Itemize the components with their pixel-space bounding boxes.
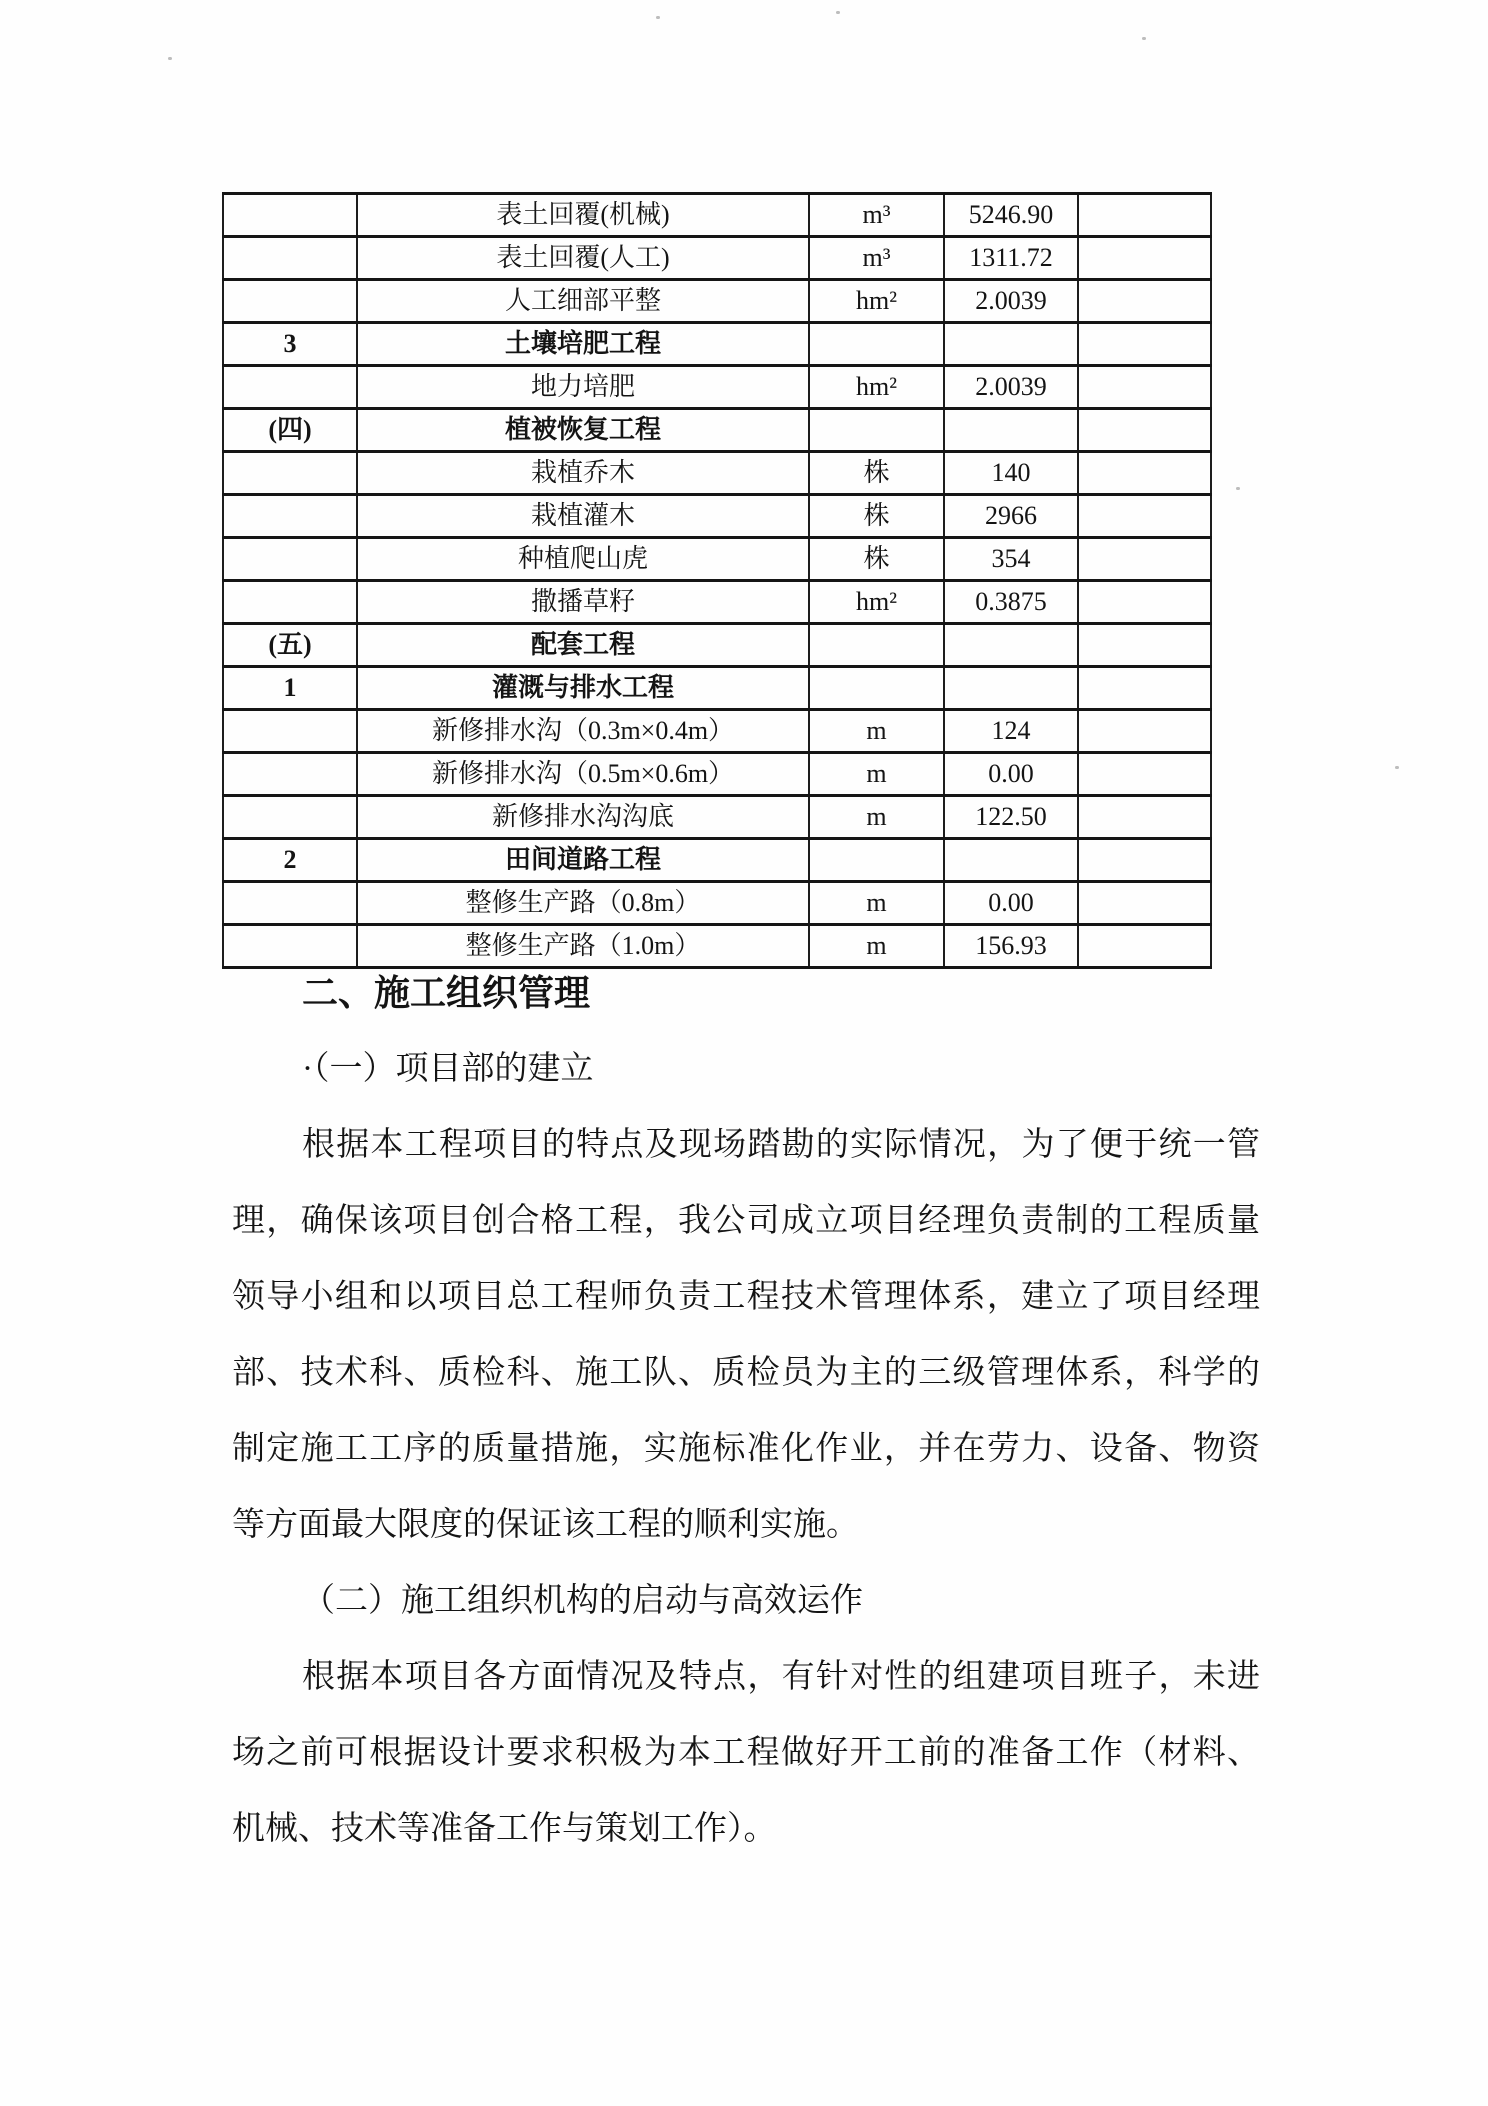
cell-note — [1078, 366, 1211, 409]
cell-item-name: 植被恢复工程 — [357, 409, 809, 452]
cell-note — [1078, 538, 1211, 581]
scan-speck — [656, 16, 660, 19]
cell-item-name: 地力培肥 — [357, 366, 809, 409]
cell-quantity — [944, 409, 1078, 452]
document-page: 表土回覆(机械)m³5246.90表土回覆(人工)m³1311.72人工细部平整… — [0, 0, 1488, 2106]
cell-index: 1 — [223, 667, 357, 710]
scan-speck — [836, 11, 840, 14]
cell-quantity: 2.0039 — [944, 280, 1078, 323]
cell-quantity: 122.50 — [944, 796, 1078, 839]
cell-quantity: 5246.90 — [944, 194, 1078, 237]
cell-index — [223, 538, 357, 581]
cell-unit: m³ — [809, 194, 944, 237]
cell-quantity: 1311.72 — [944, 237, 1078, 280]
cell-item-name: 新修排水沟沟底 — [357, 796, 809, 839]
cell-item-name: 新修排水沟（0.5m×0.6m） — [357, 753, 809, 796]
cell-note — [1078, 581, 1211, 624]
cell-index: 2 — [223, 839, 357, 882]
paragraph-line: 等方面最大限度的保证该工程的顺利实施。 — [232, 1487, 1260, 1564]
table-row: 整修生产路（0.8m）m0.00 — [223, 882, 1211, 925]
paragraph-line: 根据本工程项目的特点及现场踏勘的实际情况，为了便于统一管 — [232, 1107, 1260, 1184]
cell-index — [223, 237, 357, 280]
scan-speck — [1142, 37, 1146, 40]
table-row: 人工细部平整hm²2.0039 — [223, 280, 1211, 323]
cell-item-name: 栽植乔木 — [357, 452, 809, 495]
cell-unit: m³ — [809, 237, 944, 280]
cell-item-name: 灌溉与排水工程 — [357, 667, 809, 710]
table-row: 2田间道路工程 — [223, 839, 1211, 882]
table-row: 表土回覆(人工)m³1311.72 — [223, 237, 1211, 280]
scan-speck — [1236, 487, 1240, 490]
cell-note — [1078, 667, 1211, 710]
cell-quantity — [944, 323, 1078, 366]
cell-item-name: 配套工程 — [357, 624, 809, 667]
subsection-heading: ·（一）项目部的建立 — [232, 1031, 1260, 1108]
table-row: 栽植乔木株140 — [223, 452, 1211, 495]
cell-index: (五) — [223, 624, 357, 667]
cell-quantity: 140 — [944, 452, 1078, 495]
quantities-table: 表土回覆(机械)m³5246.90表土回覆(人工)m³1311.72人工细部平整… — [222, 192, 1212, 969]
cell-note — [1078, 452, 1211, 495]
cell-quantity — [944, 624, 1078, 667]
table-row: 种植爬山虎株354 — [223, 538, 1211, 581]
cell-unit: hm² — [809, 366, 944, 409]
paragraph-line: 场之前可根据设计要求积极为本工程做好开工前的准备工作（材料、 — [232, 1715, 1260, 1792]
cell-note — [1078, 882, 1211, 925]
paragraph-line: 机械、技术等准备工作与策划工作）。 — [232, 1791, 1260, 1868]
cell-unit: m — [809, 753, 944, 796]
paragraph-line: 领导小组和以项目总工程师负责工程技术管理体系，建立了项目经理 — [232, 1259, 1260, 1336]
table-row: 1灌溉与排水工程 — [223, 667, 1211, 710]
cell-unit: 株 — [809, 452, 944, 495]
cell-index — [223, 280, 357, 323]
cell-unit — [809, 839, 944, 882]
cell-quantity: 2.0039 — [944, 366, 1078, 409]
paragraph-line: 理，确保该项目创合格工程，我公司成立项目经理负责制的工程质量 — [232, 1183, 1260, 1260]
table-row: 新修排水沟沟底m122.50 — [223, 796, 1211, 839]
cell-unit — [809, 323, 944, 366]
table-row: 3土壤培肥工程 — [223, 323, 1211, 366]
scan-speck — [168, 57, 172, 60]
cell-unit — [809, 624, 944, 667]
cell-item-name: 表土回覆(人工) — [357, 237, 809, 280]
cell-note — [1078, 409, 1211, 452]
table-row: 地力培肥hm²2.0039 — [223, 366, 1211, 409]
cell-item-name: 撒播草籽 — [357, 581, 809, 624]
cell-quantity: 354 — [944, 538, 1078, 581]
cell-quantity — [944, 667, 1078, 710]
table-row: (四)植被恢复工程 — [223, 409, 1211, 452]
cell-index: 3 — [223, 323, 357, 366]
cell-item-name: 栽植灌木 — [357, 495, 809, 538]
cell-item-name: 田间道路工程 — [357, 839, 809, 882]
cell-index — [223, 796, 357, 839]
table-row: (五)配套工程 — [223, 624, 1211, 667]
paragraph-line: 制定施工工序的质量措施，实施标准化作业，并在劳力、设备、物资 — [232, 1411, 1260, 1488]
paragraph-line: 根据本项目各方面情况及特点，有针对性的组建项目班子，未进 — [232, 1639, 1260, 1716]
cell-unit — [809, 409, 944, 452]
cell-unit: m — [809, 882, 944, 925]
cell-note — [1078, 796, 1211, 839]
cell-note — [1078, 710, 1211, 753]
cell-item-name: 新修排水沟（0.3m×0.4m） — [357, 710, 809, 753]
cell-quantity: 0.00 — [944, 882, 1078, 925]
cell-index — [223, 366, 357, 409]
subsection-heading: （二）施工组织机构的启动与高效运作 — [232, 1563, 1260, 1640]
cell-index: (四) — [223, 409, 357, 452]
cell-quantity — [944, 839, 1078, 882]
cell-note — [1078, 237, 1211, 280]
cell-note — [1078, 280, 1211, 323]
cell-index — [223, 495, 357, 538]
cell-note — [1078, 839, 1211, 882]
cell-item-name: 种植爬山虎 — [357, 538, 809, 581]
cell-unit: 株 — [809, 538, 944, 581]
cell-note — [1078, 753, 1211, 796]
cell-unit: m — [809, 796, 944, 839]
cell-item-name: 表土回覆(机械) — [357, 194, 809, 237]
cell-quantity: 124 — [944, 710, 1078, 753]
cell-item-name: 整修生产路（0.8m） — [357, 882, 809, 925]
cell-index — [223, 710, 357, 753]
cell-unit: m — [809, 710, 944, 753]
table-row: 栽植灌木株2966 — [223, 495, 1211, 538]
cell-unit: hm² — [809, 280, 944, 323]
section-heading: 二、施工组织管理 — [232, 955, 1260, 1032]
scan-speck — [1395, 766, 1399, 769]
cell-index — [223, 882, 357, 925]
paragraph-line: 部、技术科、质检科、施工队、质检员为主的三级管理体系，科学的 — [232, 1335, 1260, 1412]
cell-index — [223, 581, 357, 624]
cell-note — [1078, 495, 1211, 538]
cell-unit: hm² — [809, 581, 944, 624]
cell-quantity: 0.3875 — [944, 581, 1078, 624]
table-row: 新修排水沟（0.5m×0.6m）m0.00 — [223, 753, 1211, 796]
cell-item-name: 土壤培肥工程 — [357, 323, 809, 366]
cell-note — [1078, 323, 1211, 366]
cell-unit — [809, 667, 944, 710]
cell-quantity: 0.00 — [944, 753, 1078, 796]
cell-index — [223, 452, 357, 495]
cell-note — [1078, 624, 1211, 667]
table-row: 撒播草籽hm²0.3875 — [223, 581, 1211, 624]
table-row: 新修排水沟（0.3m×0.4m）m124 — [223, 710, 1211, 753]
table-row: 表土回覆(机械)m³5246.90 — [223, 194, 1211, 237]
cell-index — [223, 194, 357, 237]
cell-unit: 株 — [809, 495, 944, 538]
cell-quantity: 2966 — [944, 495, 1078, 538]
cell-index — [223, 753, 357, 796]
cell-item-name: 人工细部平整 — [357, 280, 809, 323]
cell-note — [1078, 194, 1211, 237]
